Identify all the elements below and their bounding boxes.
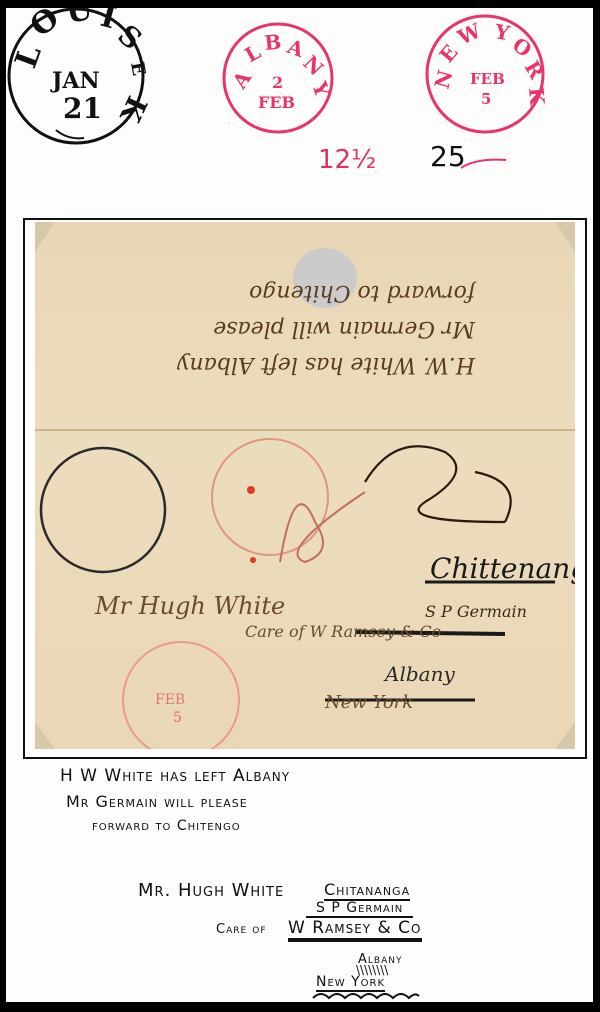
note-line-2: Mr Germain will please (66, 792, 248, 811)
album-page: L O U I S E K JAN 21 A L B A N Y 2 FEB N (6, 8, 593, 1002)
address-forward-to: S P Germain (306, 900, 413, 918)
address-care-of: W Ramsey & Co (288, 918, 422, 942)
note-line-3: forward to Chitengo (92, 818, 241, 834)
state-squiggle-strike (311, 990, 421, 1002)
address-struck-town: Chitanangа (324, 880, 410, 901)
address-care-of-label: Care of (216, 922, 267, 937)
transcription-block: H W White has left Albany Mr Germain wil… (6, 8, 593, 1002)
address-name: Mr. Hugh White (138, 880, 284, 901)
note-line-1: H W White has left Albany (60, 766, 290, 786)
